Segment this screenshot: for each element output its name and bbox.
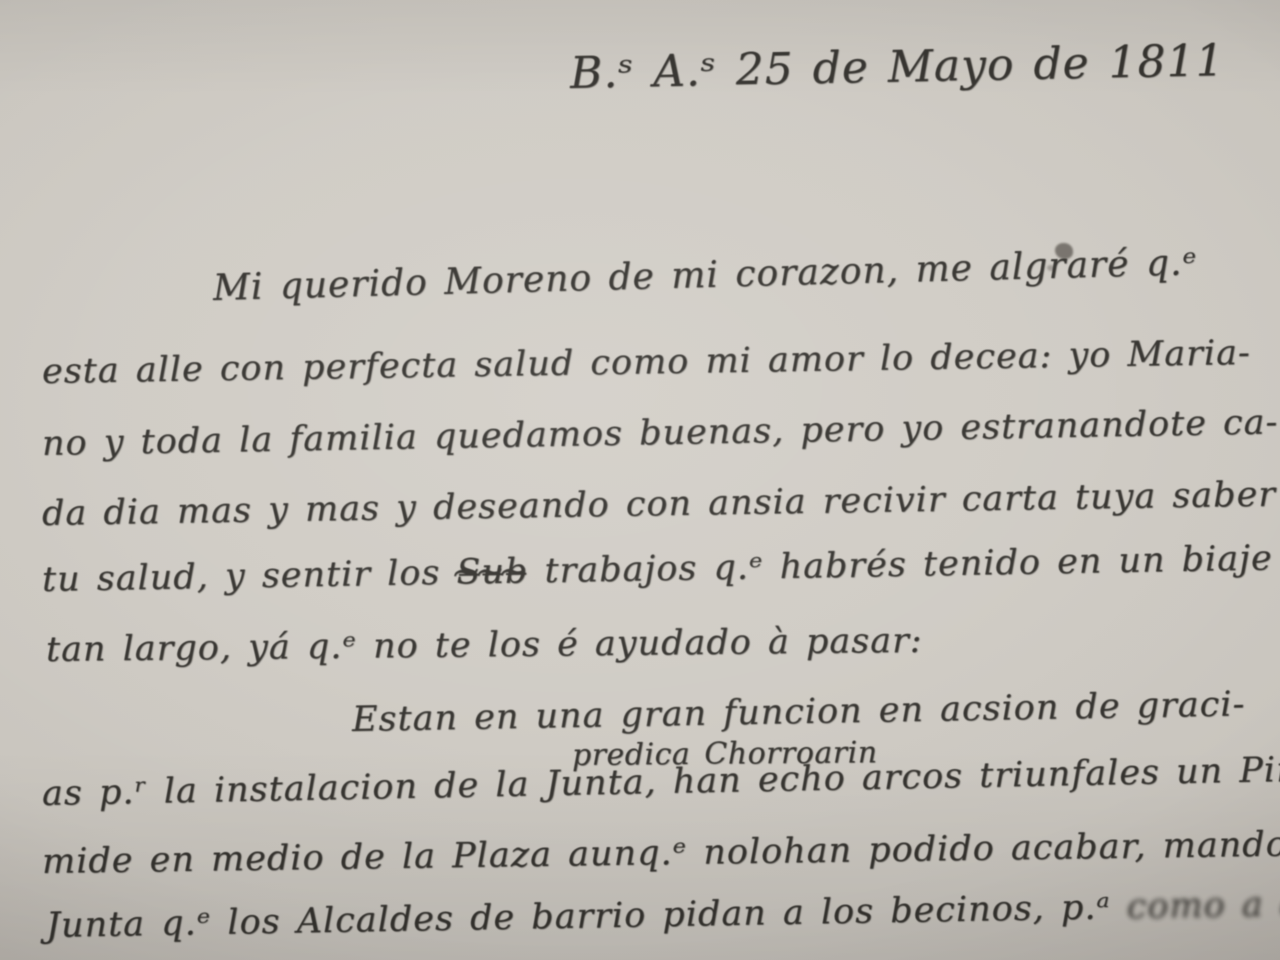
letter-date-line: B.ˢ A.ˢ 25 de Mayo de 1811 [570,35,1226,99]
last-line-blurred-text: como a ar [1126,884,1280,927]
letter-line: esta alle con perfecta salud como mi amo… [42,333,1251,392]
letter-line: tu salud, y sentir los S̶̴u̶̴b̶̴ trabajo… [42,539,1273,600]
last-line-text: Junta q.ᵉ los Alcaldes de barrio pidan a… [46,887,1127,946]
letter-line: mide en medio de la Plaza aunq.ᵉ nolohan… [42,824,1280,882]
letter-photograph: B.ˢ A.ˢ 25 de Mayo de 1811 Mi querido Mo… [0,0,1280,960]
letter-line: no y toda la familia quedamos buenas, pe… [42,402,1279,464]
letter-line: Junta q.ᵉ los Alcaldes de barrio pidan a… [46,884,1280,946]
letter-line: tan largo, yá q.ᵉ no te los é ayudado à … [46,621,923,670]
letter-line: Estan en una gran funcion en acsion de g… [352,684,1246,740]
letter-line: Mi querido Moreno de mi corazon, me algr… [212,242,1197,309]
letter-line: da dia mas y mas y deseando con ansia re… [42,474,1280,534]
